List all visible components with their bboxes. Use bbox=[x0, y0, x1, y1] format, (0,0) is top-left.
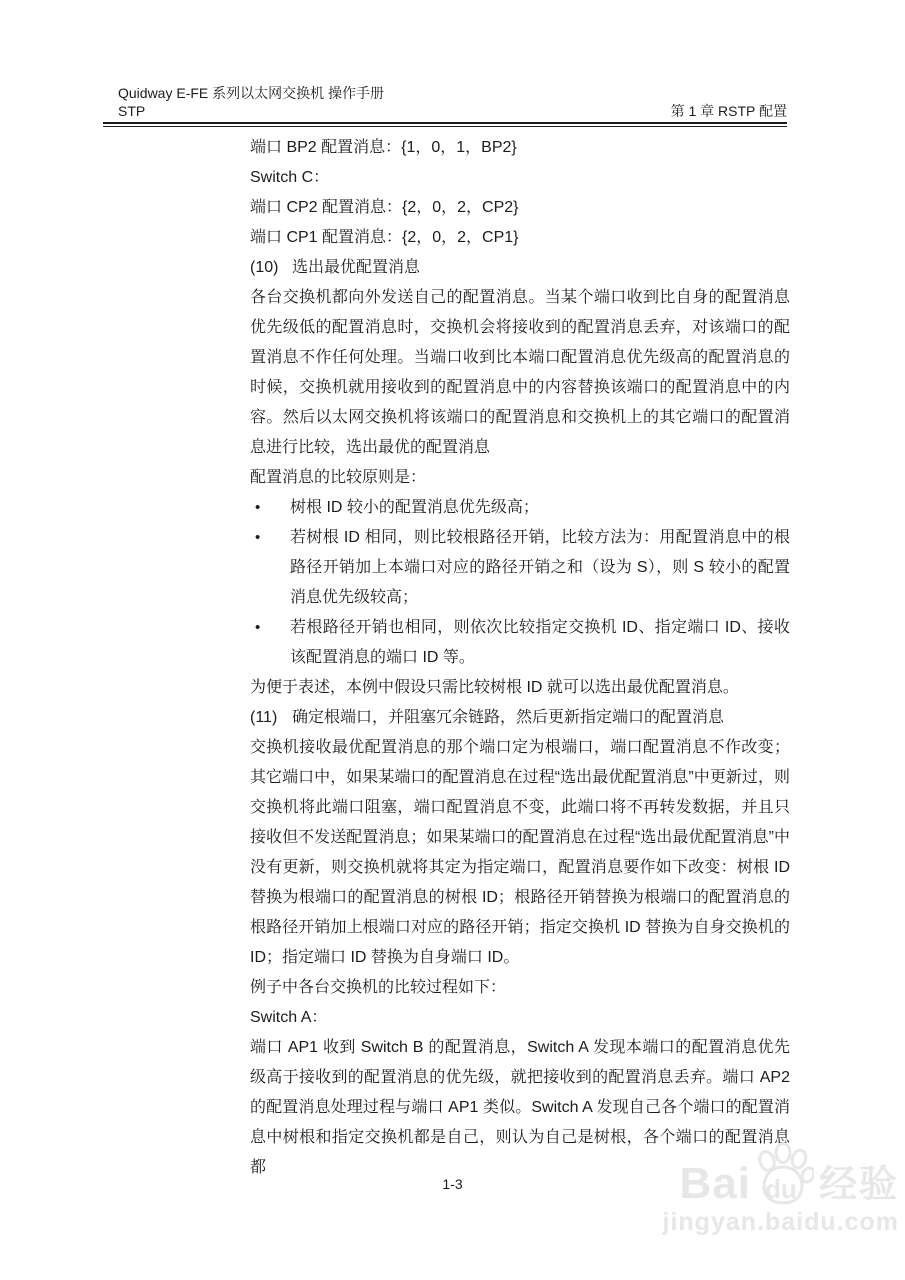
paragraph: 例子中各台交换机的比较过程如下： bbox=[250, 973, 790, 1003]
watermark-jingyan-text: 经验 bbox=[819, 1164, 899, 1206]
header-second-line: STP 第 1 章 RSTP 配置 bbox=[103, 102, 787, 120]
numbered-item: (10) 选出最优配置消息 bbox=[250, 253, 790, 283]
item-number: (11) bbox=[250, 703, 292, 733]
chapter-title: 第 1 章 RSTP 配置 bbox=[671, 102, 787, 120]
item-text: 确定根端口，并阻塞冗余链路，然后更新指定端口的配置消息 bbox=[292, 703, 790, 733]
baidu-jingyan-watermark: Bai du 经验 jingyan.baidu.com bbox=[629, 1142, 899, 1236]
watermark-bai-text: Bai bbox=[680, 1162, 751, 1206]
paragraph: 端口 BP2 配置消息：{1，0，1，BP2} bbox=[250, 133, 790, 163]
bullet-item: • 若树根 ID 相同，则比较根路径开销，比较方法为：用配置消息中的根路径开销加… bbox=[250, 523, 790, 613]
watermark-url: jingyan.baidu.com bbox=[629, 1208, 899, 1236]
paragraph: 为便于表述，本例中假设只需比较树根 ID 就可以选出最优配置消息。 bbox=[250, 673, 790, 703]
item-text: 树根 ID 较小的配置消息优先级高； bbox=[290, 493, 790, 523]
doc-title: Quidway E-FE 系列以太网交换机 操作手册 bbox=[103, 84, 787, 102]
doc-section: STP bbox=[118, 102, 145, 120]
paragraph: 端口 CP2 配置消息：{2，0，2，CP2} bbox=[250, 193, 790, 223]
bullet-item: • 若根路径开销也相同，则依次比较指定交换机 ID、指定端口 ID、接收该配置消… bbox=[250, 613, 790, 673]
paragraph: 配置消息的比较原则是： bbox=[250, 463, 790, 493]
paragraph: 各台交换机都向外发送自己的配置消息。当某个端口收到比自身的配置消息优先级低的配置… bbox=[250, 283, 790, 463]
bullet-marker: • bbox=[255, 493, 290, 523]
document-page: Quidway E-FE 系列以太网交换机 操作手册 STP 第 1 章 RST… bbox=[0, 0, 905, 1280]
document-body: 端口 BP2 配置消息：{1，0，1，BP2} Switch C： 端口 CP2… bbox=[250, 133, 790, 1183]
paragraph: 端口 CP1 配置消息：{2，0，2，CP1} bbox=[250, 223, 790, 253]
item-text: 选出最优配置消息 bbox=[292, 253, 790, 283]
baidu-paw-icon: du bbox=[752, 1142, 814, 1206]
watermark-logo-row: Bai du 经验 bbox=[629, 1142, 899, 1206]
watermark-du-text: du bbox=[765, 1176, 797, 1202]
paragraph: Switch C： bbox=[250, 163, 790, 193]
paragraph: 交换机接收最优配置消息的那个端口定为根端口，端口配置消息不作改变；其它端口中，如… bbox=[250, 733, 790, 973]
numbered-item: (11) 确定根端口，并阻塞冗余链路，然后更新指定端口的配置消息 bbox=[250, 703, 790, 733]
item-number: (10) bbox=[250, 253, 292, 283]
bullet-item: • 树根 ID 较小的配置消息优先级高； bbox=[250, 493, 790, 523]
page-header: Quidway E-FE 系列以太网交换机 操作手册 STP 第 1 章 RST… bbox=[103, 84, 787, 127]
header-rule bbox=[103, 122, 787, 127]
bullet-marker: • bbox=[255, 523, 290, 613]
paragraph: Switch A： bbox=[250, 1003, 790, 1033]
item-text: 若树根 ID 相同，则比较根路径开销，比较方法为：用配置消息中的根路径开销加上本… bbox=[290, 523, 790, 613]
bullet-marker: • bbox=[255, 613, 290, 673]
item-text: 若根路径开销也相同，则依次比较指定交换机 ID、指定端口 ID、接收该配置消息的… bbox=[290, 613, 790, 673]
